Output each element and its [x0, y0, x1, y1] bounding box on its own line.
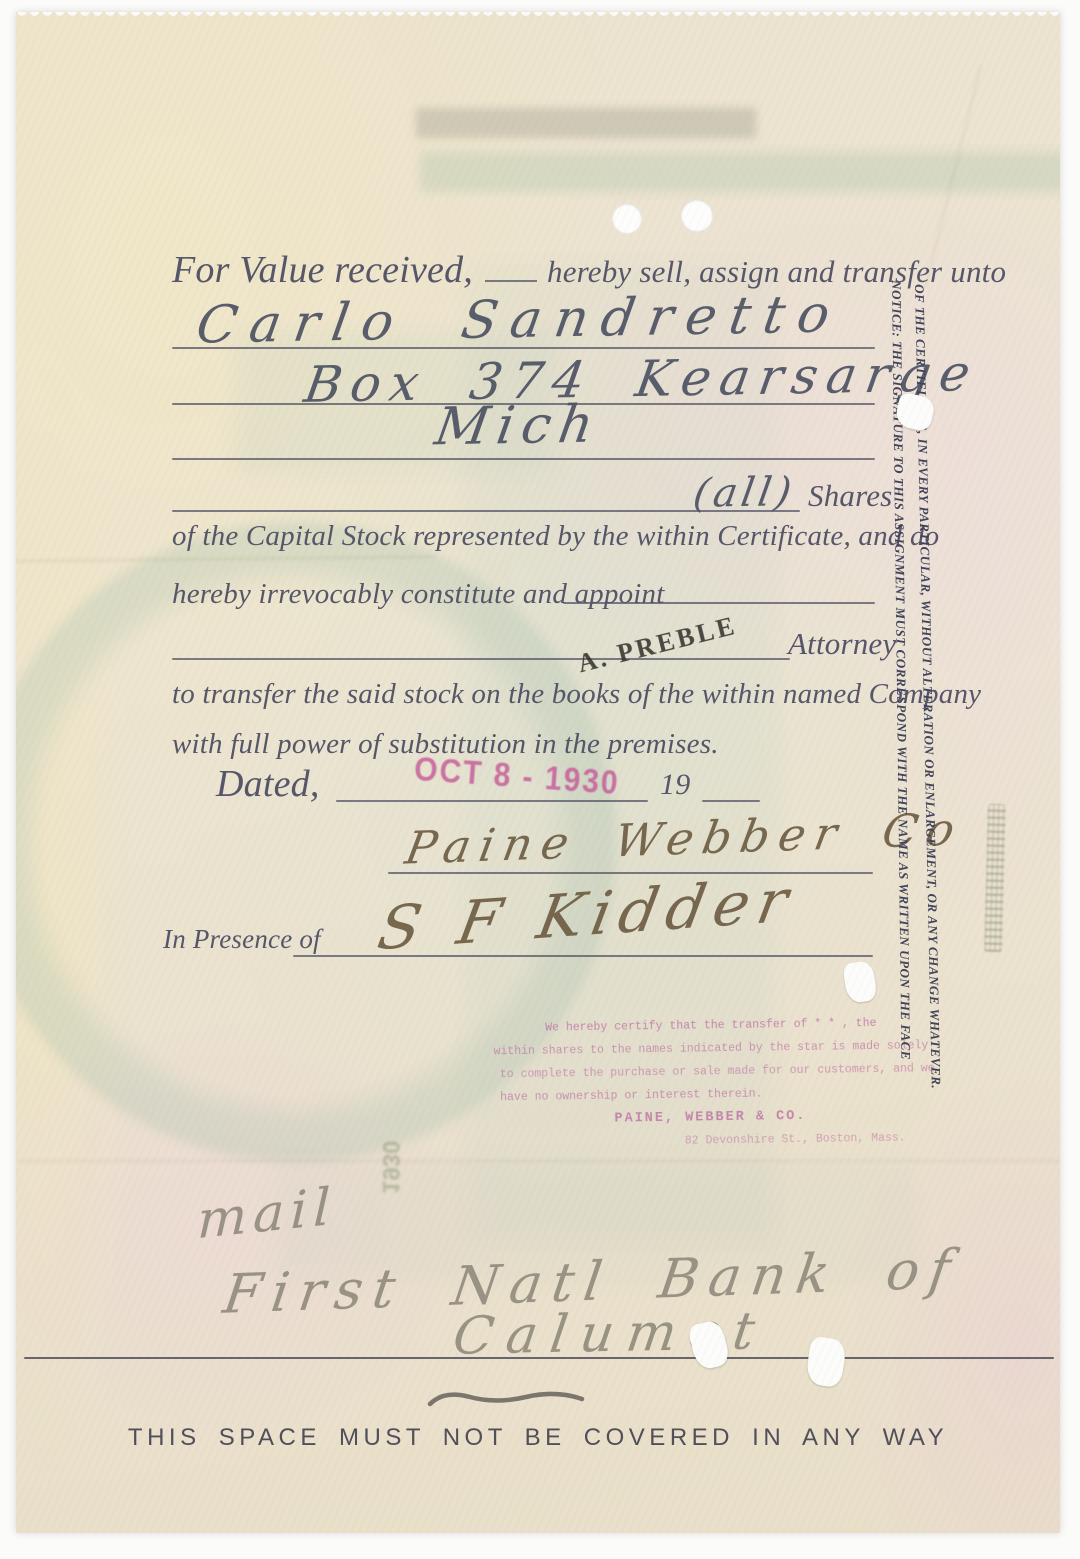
shares-line	[172, 510, 800, 512]
in-presence-label-text: In Presence of	[163, 924, 321, 955]
attorney-name-stamp: A. PREBLE	[575, 611, 740, 679]
certification-address: 82 Devonshire St., Boston, Mass.	[685, 1126, 965, 1153]
paper-chip	[842, 960, 877, 1004]
pencil-note-mail: mail	[196, 1177, 337, 1251]
witness-line	[293, 955, 873, 957]
crease-middle	[16, 1160, 1060, 1162]
assignee-state-handwriting: Mich	[431, 395, 606, 458]
footer-separator-line	[24, 1357, 1054, 1359]
assignee-state-line	[172, 458, 875, 460]
ghost-date-mirrored: 1930	[376, 1141, 404, 1194]
year-prefix-text: 19	[660, 768, 690, 802]
faded-vertical-stamp	[984, 804, 1006, 952]
opening-clause: For Value received, hereby sell, assign …	[172, 248, 1006, 292]
transfer-line-text: to transfer the said stock on the books …	[172, 678, 981, 711]
attorney-blank-line	[172, 658, 790, 660]
certification-stamp: We hereby certify that the transfer of *…	[493, 1011, 965, 1156]
footer-warning-text: THIS SPACE MUST NOT BE COVERED IN ANY WA…	[16, 1424, 1060, 1452]
dated-label-text: Dated,	[216, 762, 320, 806]
value-received-text: For Value received,	[172, 248, 473, 292]
company-signature: Paine Webber Co	[401, 802, 967, 874]
witness-signature: S F Kidder	[373, 866, 802, 964]
scanned-certificate-back: 1930 For Value received, hereby sell, as…	[0, 0, 1080, 1559]
showthrough-top-smudge	[416, 108, 756, 138]
showthrough-top-band	[420, 152, 1060, 192]
punch-hole	[681, 200, 713, 232]
appoint-line-text: hereby irrevocably constitute and appoin…	[172, 578, 665, 611]
shares-label-text: Shares	[808, 478, 892, 514]
punch-hole	[612, 204, 642, 234]
transfer-clause-text: hereby sell, assign and transfer unto	[547, 254, 1006, 290]
appoint-blank-line	[563, 602, 875, 604]
seller-blank-line	[485, 280, 537, 282]
capital-stock-line-text: of the Capital Stock represented by the …	[172, 520, 939, 553]
company-signature-line	[388, 872, 873, 874]
year-blank-line	[702, 800, 760, 802]
attorney-label-text: Attorney	[788, 626, 896, 662]
certificate-paper: 1930 For Value received, hereby sell, as…	[16, 12, 1060, 1533]
pencil-swash	[426, 1388, 586, 1410]
crease-left	[16, 556, 436, 562]
paper-chip	[805, 1336, 847, 1389]
assignee-name-handwriting: Carlo Sandretto	[192, 284, 847, 355]
